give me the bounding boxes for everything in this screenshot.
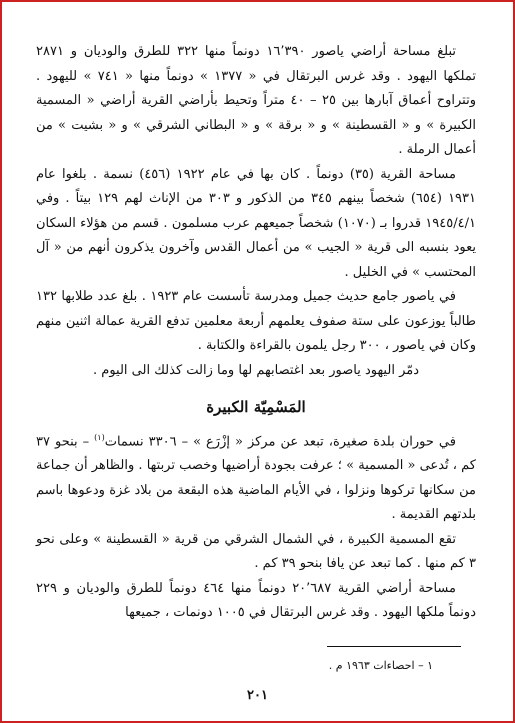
footnote: ١ – احصاءات ١٩٦٣ م .: [329, 659, 433, 672]
paragraph-yasur-destroyed: دمّر اليهود ياصور بعد اغتصابهم لها وما ز…: [36, 359, 476, 384]
dash: –: [83, 434, 95, 449]
page-number: ٢٠١: [0, 688, 515, 703]
paragraph-yasur-school: في ياصور جامع حديث جميل ومدرسة تأسست عام…: [36, 285, 476, 359]
document-page: تبلغ مساحة أراضي ياصور ١٦٬٣٩٠ دونماً منه…: [36, 40, 476, 626]
paragraph-masmiyya-location: تقع المسمية الكبيرة ، في الشمال الشرقي م…: [36, 528, 476, 577]
footnote-divider: [327, 646, 461, 647]
paragraph-masmiyya-intro: في حوران بلدة صغيرة، تبعد عن مركز « إزْر…: [36, 426, 476, 528]
paragraph-yasur-population: مساحة القرية (٣٥) دونماً . كان بها في عا…: [36, 163, 476, 286]
paragraph-text: في حوران بلدة صغيرة، تبعد عن مركز « إزْر…: [105, 434, 456, 449]
footnote-marker: (١): [94, 433, 105, 442]
section-title: المَسْمِيّة الكبيرة: [36, 395, 476, 420]
paragraph-masmiyya-lands: مساحة أراضي القرية ٢٠٬٦٨٧ دونماً منها ٤٦…: [36, 577, 476, 626]
paragraph-yasur-lands: تبلغ مساحة أراضي ياصور ١٦٬٣٩٠ دونماً منه…: [36, 40, 476, 163]
